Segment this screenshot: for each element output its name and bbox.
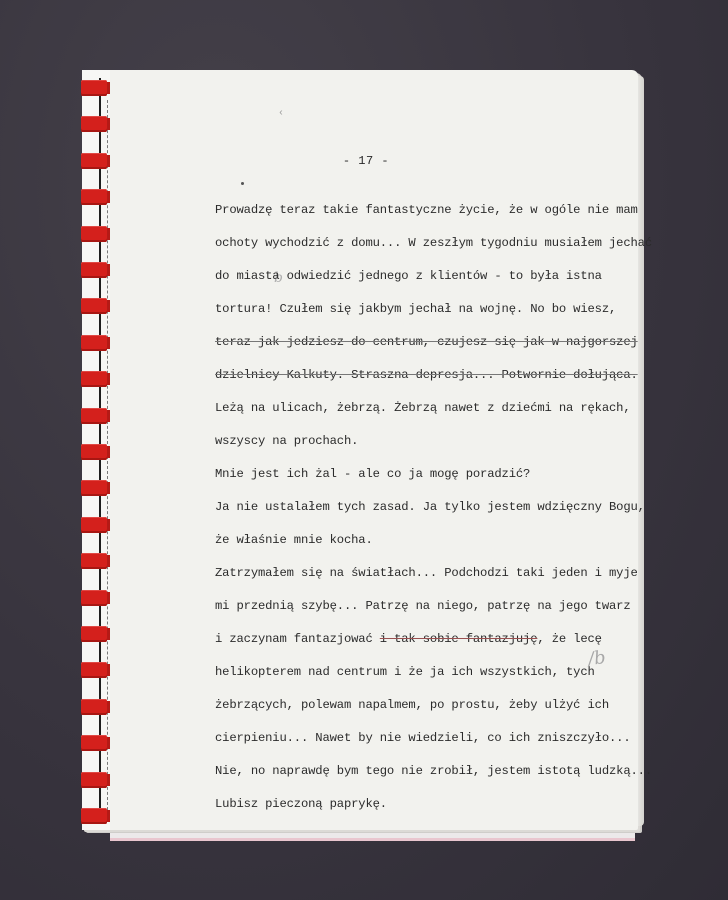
text-line: Nie, no naprawdę bym tego nie zrobił, je… (215, 761, 635, 794)
binding-ring (81, 662, 107, 678)
binding-ring (81, 772, 107, 788)
binding-ring (81, 699, 107, 715)
text-line: Mnie jest ich żal - ale co ja mogę porad… (215, 464, 635, 497)
text-line: do miasta odwiedzić jednego z klientów -… (215, 266, 635, 299)
binding-ring (81, 116, 107, 132)
spiral-binding (82, 70, 110, 830)
text-line: Prowadzę teraz takie fantastyczne życie,… (215, 200, 635, 233)
binding-ring (81, 335, 107, 351)
binding-ring (81, 444, 107, 460)
margin-note-right: /b (587, 647, 607, 670)
stray-mark (241, 182, 244, 185)
text-line: że właśnie mnie kocha. (215, 530, 635, 563)
text-line: mi przednią szybę... Patrzę na niego, pa… (215, 596, 635, 629)
binding-ring (81, 408, 107, 424)
binding-ring (81, 298, 107, 314)
text-line: tortura! Czułem się jakbym jechał na woj… (215, 299, 635, 332)
binding-ring (81, 553, 107, 569)
binding-ring (81, 626, 107, 642)
binding-ring (81, 480, 107, 496)
struck-text-line: dzielnicy Kalkuty. Straszna depresja... … (215, 365, 635, 398)
manuscript-page: - 17 - ‹ b Prowadzę teraz takie fantasty… (82, 70, 638, 830)
binding-ring (81, 517, 107, 533)
text-line: Zatrzymałem się na światłach... Podchodz… (215, 563, 635, 596)
text-line: żebrzących, polewam napalmem, po prostu,… (215, 695, 635, 728)
text-line: Lubisz pieczoną paprykę. (215, 794, 635, 827)
text-line: Leżą na ulicach, żebrzą. Żebrzą nawet z … (215, 398, 635, 431)
binding-ring (81, 735, 107, 751)
text-line: ochoty wychodzić z domu... W zeszłym tyg… (215, 233, 635, 266)
binding-ring (81, 189, 107, 205)
text-line: wszyscy na prochach. (215, 431, 635, 464)
text-line: helikopterem nad centrum i że ja ich wsz… (215, 662, 635, 695)
page-edge (638, 76, 644, 826)
struck-text: i tak sobie fantazjuję (380, 632, 538, 646)
binding-ring (81, 590, 107, 606)
page-number: - 17 - (82, 154, 644, 168)
struck-text-line: teraz jak jedziesz do centrum, czujesz s… (215, 332, 635, 365)
text-line: cierpieniu... Nawet by nie wiedzieli, co… (215, 728, 635, 761)
binding-ring (81, 262, 107, 278)
binding-ring (81, 226, 107, 242)
text-line: Ja nie ustalałem tych zasad. Ja tylko je… (215, 497, 635, 530)
pencil-mark-icon: ‹ (278, 108, 284, 119)
binding-ring (81, 80, 107, 96)
binding-ring (81, 371, 107, 387)
body-text: Prowadzę teraz takie fantastyczne życie,… (215, 200, 635, 827)
text-line: i zaczynam fantazjować i tak sobie fanta… (215, 629, 635, 662)
binding-ring (81, 808, 107, 824)
